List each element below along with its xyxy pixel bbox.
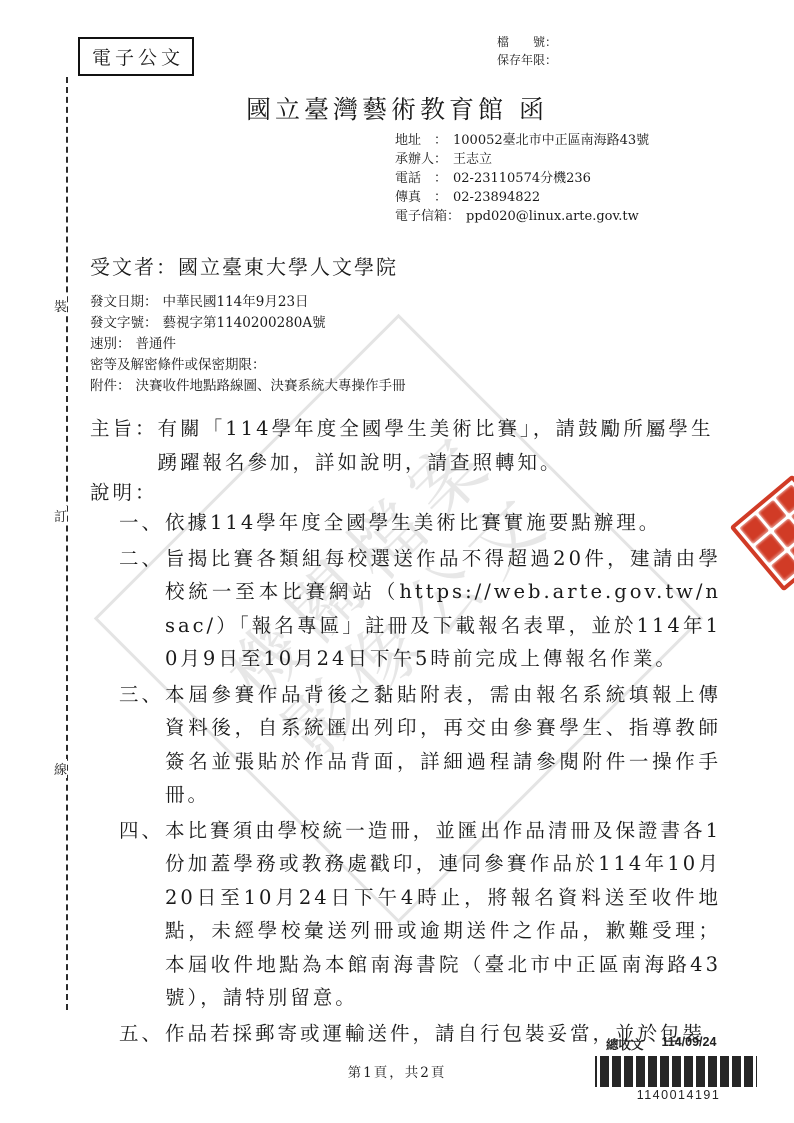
binding-mark-zhuang: 裝 <box>54 296 67 315</box>
reference-number-value: 藝視字第1140200280A號 <box>163 313 326 334</box>
receive-stamp-block: 總收文 114/09/24 1140014191 <box>600 1035 757 1102</box>
fax-row: 傳真 ： 02-23894822 <box>395 188 725 207</box>
receive-stamp-header: 總收文 114/09/24 <box>606 1035 757 1053</box>
fax-value: 02-23894822 <box>453 188 665 207</box>
description-item-3: 三、 本屆參賽作品背後之黏貼附表，需由報名系統填報上傳資料後，自系統匯出列印，再… <box>119 678 721 812</box>
security-label: 密等及解密條件或保密期限： <box>90 355 266 376</box>
subject-text: 有關「114學年度全國學生美術比賽」，請鼓勵所屬學生踴躍報名參加，詳如說明，請查… <box>158 412 714 479</box>
address-label: 地址 ： <box>395 131 447 150</box>
file-number-label: 檔 號： <box>497 33 557 51</box>
description-item-1: 一、 依據114學年度全國學生美術比賽實施要點辦理。 <box>119 506 721 540</box>
electronic-document-badge: 電子公文 <box>78 37 194 76</box>
sender-contact-block: 地址 ： 100052臺北市中正區南海路43號 承辦人： 王志立 電話 ： 02… <box>395 131 725 226</box>
description-label: 說明： <box>90 477 158 505</box>
item-text: 依據114學年度全國學生美術比賽實施要點辦理。 <box>165 506 721 540</box>
agency-seal-stamp <box>730 474 794 591</box>
receive-barcode <box>600 1056 757 1087</box>
receive-stamp-date: 114/09/24 <box>662 1035 717 1053</box>
document-meta-block: 發文日期： 中華民國114年9月23日 發文字號： 藝視字第1140200280… <box>90 292 406 397</box>
issue-date-row: 發文日期： 中華民國114年9月23日 <box>90 292 406 313</box>
contact-person-label: 承辦人： <box>395 150 447 169</box>
phone-row: 電話 ： 02-23110574分機236 <box>395 169 725 188</box>
description-items: 一、 依據114學年度全國學生美術比賽實施要點辦理。 二、 旨揭比賽各類組每校選… <box>119 506 721 1052</box>
binding-mark-ding: 訂 <box>54 506 67 525</box>
description-item-4: 四、 本比賽須由學校統一造冊，並匯出作品清冊及保證書各1份加蓋學務或教務處戳印，… <box>119 814 721 1015</box>
contact-person-row: 承辦人： 王志立 <box>395 150 725 169</box>
subject-section: 主旨： 有關「114學年度全國學生美術比賽」，請鼓勵所屬學生踴躍報名參加，詳如說… <box>90 412 722 479</box>
phone-value: 02-23110574分機236 <box>453 169 665 188</box>
priority-label: 速別： <box>90 334 131 355</box>
phone-label: 電話 ： <box>395 169 447 188</box>
description-item-2: 二、 旨揭比賽各類組每校選送作品不得超過20件，建請由學校統一至本比賽網站（ht… <box>119 542 721 676</box>
address-row: 地址 ： 100052臺北市中正區南海路43號 <box>395 131 725 150</box>
fax-label: 傳真 ： <box>395 188 447 207</box>
receive-barcode-number: 1140014191 <box>600 1088 757 1102</box>
item-marker: 二、 <box>119 542 165 676</box>
priority-row: 速別： 普通件 <box>90 334 406 355</box>
item-text: 本比賽須由學校統一造冊，並匯出作品清冊及保證書各1份加蓋學務或教務處戳印，連同參… <box>165 814 721 1015</box>
recipient-value: 國立臺東大學人文學院 <box>178 255 398 279</box>
email-row: 電子信箱： ppd020@linux.arte.gov.tw <box>395 207 725 226</box>
attachment-value: 決賽收件地點路線圖、決賽系統大專操作手冊 <box>136 376 406 397</box>
reference-number-row: 發文字號： 藝視字第1140200280A號 <box>90 313 406 334</box>
item-marker: 一、 <box>119 506 165 540</box>
recipient-label: 受文者： <box>90 255 178 279</box>
attachment-label: 附件： <box>90 376 131 397</box>
issue-date-label: 發文日期： <box>90 292 158 313</box>
item-marker: 四、 <box>119 814 165 1015</box>
email-value: ppd020@linux.arte.gov.tw <box>466 207 678 226</box>
priority-value: 普通件 <box>136 334 177 355</box>
subject-label: 主旨： <box>90 412 158 479</box>
recipient-line: 受文者：國立臺東大學人文學院 <box>90 251 398 280</box>
contact-person-value: 王志立 <box>453 150 665 169</box>
item-marker: 五、 <box>119 1017 165 1051</box>
security-row: 密等及解密條件或保密期限： <box>90 355 406 376</box>
issue-date-value: 中華民國114年9月23日 <box>163 292 309 313</box>
document-title: 國立臺灣藝術教育館 函 <box>0 90 794 126</box>
retention-period-label: 保存年限： <box>497 51 557 69</box>
item-text: 旨揭比賽各類組每校選送作品不得超過20件，建請由學校統一至本比賽網站（https… <box>165 542 721 676</box>
binding-dashed-line <box>66 77 68 1010</box>
address-value: 100052臺北市中正區南海路43號 <box>453 131 665 150</box>
item-text: 本屆參賽作品背後之黏貼附表，需由報名系統填報上傳資料後，自系統匯出列印，再交由參… <box>165 678 721 812</box>
receive-stamp-label: 總收文 <box>606 1035 644 1053</box>
item-marker: 三、 <box>119 678 165 812</box>
email-label: 電子信箱： <box>395 207 460 226</box>
file-number-block: 檔 號： 保存年限： <box>497 33 557 69</box>
official-document-page: 機關檔案 影像公文 電子公文 檔 號： 保存年限： 國立臺灣藝術教育館 函 地址… <box>0 0 794 1123</box>
binding-mark-xian: 線 <box>54 759 67 778</box>
reference-number-label: 發文字號： <box>90 313 158 334</box>
attachment-row: 附件： 決賽收件地點路線圖、決賽系統大專操作手冊 <box>90 376 406 397</box>
